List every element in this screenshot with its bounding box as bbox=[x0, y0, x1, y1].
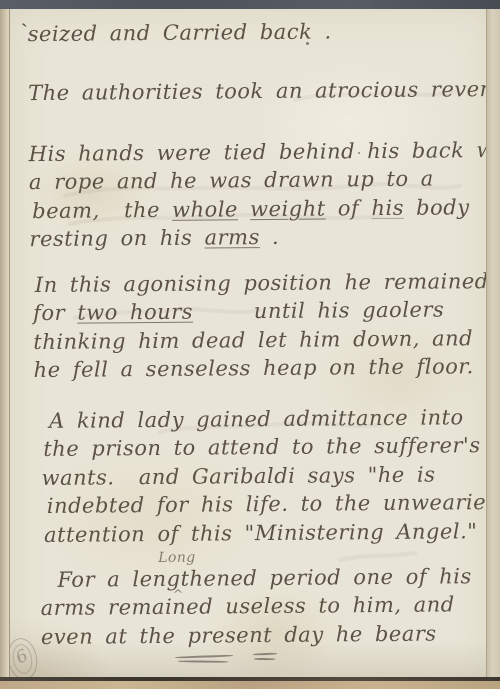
text-segment: the prison to attend to the sufferer's bbox=[43, 434, 480, 462]
text-segment: attention of this "Ministering Angel." bbox=[44, 519, 478, 547]
text-line: attention of this "Ministering Angel." bbox=[44, 517, 500, 549]
text-segment: . bbox=[260, 225, 280, 249]
text-segment: A kind lady gained admittance into bbox=[49, 405, 464, 433]
text-segment: wants. and Garibaldi says "he is bbox=[41, 462, 435, 489]
pencil-insertion-note: Long bbox=[158, 550, 195, 566]
text-segment: The authorities took an atrocious reveng… bbox=[28, 77, 500, 105]
text-segment: until his gaolers bbox=[193, 298, 444, 324]
underlined-text: weight bbox=[250, 196, 326, 221]
insertion-caret: ^ bbox=[173, 588, 184, 603]
ink-speck bbox=[358, 152, 360, 154]
text-line: A kind lady gained admittance into bbox=[49, 403, 500, 435]
text-segment: he fell a senseless heap on the floor. bbox=[34, 354, 474, 382]
underlined-text: his bbox=[371, 196, 404, 220]
text-line: beam, the whole weight of his body bbox=[32, 193, 499, 225]
text-segment bbox=[238, 197, 250, 221]
text-line: The authorities took an atrocious reveng… bbox=[28, 75, 498, 107]
text-line: a rope and he was drawn up to a bbox=[29, 164, 499, 196]
paragraph-4: In this agonising position he remainedfo… bbox=[0, 267, 500, 385]
underlined-text: whole bbox=[172, 197, 238, 222]
paragraph-3: His hands were tied behind his back with… bbox=[0, 136, 500, 254]
text-segment: of bbox=[326, 196, 372, 220]
text-line: arms remained useless to him, and bbox=[41, 590, 500, 622]
text-segment: resting on his bbox=[29, 226, 204, 252]
text-segment: seized and Carried back . bbox=[28, 19, 332, 46]
page-edge-left bbox=[0, 9, 10, 677]
text-segment: beam, the bbox=[32, 198, 172, 223]
text-segment: indebted for his life. to the unwearied bbox=[47, 490, 500, 518]
next-page-edge bbox=[0, 681, 500, 689]
paragraph-5: A kind lady gained admittance intothe pr… bbox=[1, 403, 500, 549]
underlined-text: arms bbox=[204, 225, 259, 249]
underlined-text: two hours bbox=[77, 300, 193, 325]
text-segment: body bbox=[404, 195, 470, 220]
manuscript-text: seized and Carried back .The authorities… bbox=[0, 0, 500, 689]
manuscript-photo: ` seized and Carried back .The authoriti… bbox=[0, 0, 500, 689]
text-line: for two hours until his gaolers bbox=[33, 295, 500, 327]
page-bottom-shadow bbox=[0, 640, 500, 677]
paragraph-6: Long^For a lengthened period one of hisa… bbox=[2, 562, 500, 652]
text-line: His hands were tied behind his back with bbox=[29, 136, 499, 168]
text-line: wants. and Garibaldi says "he is bbox=[41, 460, 500, 492]
text-line: the prison to attend to the sufferer's bbox=[43, 431, 500, 463]
text-segment: For a lengthened period one of his bbox=[57, 564, 472, 592]
paragraph-1: seized and Carried back . bbox=[0, 16, 498, 49]
text-segment: thinking him dead let him down, and bbox=[33, 326, 473, 354]
text-segment: a rope and he was drawn up to a bbox=[29, 167, 434, 195]
text-line: seized and Carried back . bbox=[28, 16, 498, 48]
text-line: In this agonising position he remained bbox=[35, 267, 500, 299]
page-edge-right bbox=[486, 9, 500, 677]
text-line: he fell a senseless heap on the floor. bbox=[33, 352, 500, 384]
text-line: resting on his arms . bbox=[29, 221, 499, 253]
text-line: indebted for his life. to the unwearied bbox=[47, 488, 500, 520]
text-segment: His hands were tied behind his back with bbox=[29, 138, 500, 166]
text-segment: In this agonising position he remained bbox=[35, 269, 489, 297]
paragraph-2: The authorities took an atrocious reveng… bbox=[0, 75, 498, 108]
ink-speck bbox=[306, 42, 309, 45]
text-segment: for bbox=[33, 301, 77, 325]
binding-edge-top bbox=[0, 0, 500, 9]
text-line: For a lengthened period one of his bbox=[57, 562, 500, 594]
text-segment: arms remained useless to him, and bbox=[41, 593, 455, 621]
text-line: thinking him dead let him down, and bbox=[33, 324, 500, 356]
